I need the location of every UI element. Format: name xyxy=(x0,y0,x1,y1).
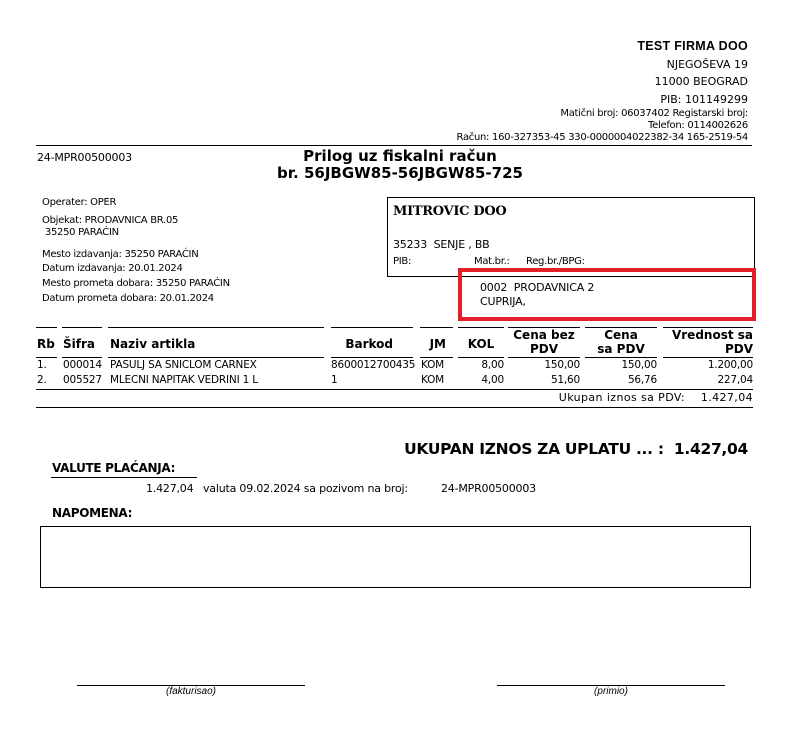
mesto-izdavanja: Mesto izdavanja: 35250 PARAĆIN xyxy=(42,249,198,260)
cell-jm: KOM xyxy=(421,359,451,371)
th-vrednost: Vrednost sa PDV xyxy=(663,328,753,356)
objekat: Objekat: PRODAVNICA BR.05 xyxy=(42,215,178,226)
napomena-box xyxy=(40,526,751,588)
th-line-barkod xyxy=(331,327,413,328)
th-cena-sa: Cena sa PDV xyxy=(585,328,657,356)
cell-naziv: PASULJ SA SNICLOM CARNEX xyxy=(110,359,325,371)
th-bottom-naziv xyxy=(108,357,324,358)
subtotal-label: Ukupan iznos sa PDV: xyxy=(500,391,685,404)
valute-text: valuta 09.02.2024 sa pozivom na broj: xyxy=(203,482,408,495)
table-total-line xyxy=(36,407,753,408)
th-cena-sa-line2: sa PDV xyxy=(585,342,657,356)
customer-matbr-label: Mat.br.: xyxy=(474,256,510,267)
customer-address: 35233 SENJE , BB xyxy=(393,238,490,251)
cell-jm: KOM xyxy=(421,374,451,386)
valute-underline xyxy=(51,477,197,478)
th-bottom-sifra xyxy=(62,357,102,358)
th-kol: KOL xyxy=(458,337,504,351)
company-telefon: Telefon: 0114002626 xyxy=(457,120,748,132)
th-line-rb xyxy=(36,327,57,328)
company-header: TEST FIRMA DOO NJEGOŠEVA 19 11000 BEOGRA… xyxy=(457,38,748,144)
title-line-2: br. 56JBGW85-56JBGW85-725 xyxy=(230,165,570,182)
cell-vrednost: 227,04 xyxy=(663,374,753,386)
th-cena-sa-line1: Cena xyxy=(585,328,657,342)
subtotal-value: 1.427,04 xyxy=(690,391,753,404)
th-naziv: Naziv artikla xyxy=(110,337,195,351)
th-cena-bez-line1: Cena bez xyxy=(508,328,580,342)
signature-label-left: (fakturisao) xyxy=(77,686,305,697)
company-maticni-registarski: Matični broj: 06037402 Registarski broj: xyxy=(457,108,748,120)
cell-cena-bez: 150,00 xyxy=(508,359,580,371)
cell-kol: 8,00 xyxy=(458,359,504,371)
delivery-line-2: CUPRIJA, xyxy=(480,295,526,308)
cell-cena-sa: 150,00 xyxy=(585,359,657,371)
th-vrednost-line2: PDV xyxy=(663,342,753,356)
valute-ref: 24-MPR00500003 xyxy=(441,482,536,495)
customer-name: MITROVIC DOO xyxy=(393,204,506,219)
th-line-naziv xyxy=(108,327,324,328)
cell-sifra: 005527 xyxy=(63,374,105,386)
th-vrednost-line1: Vrednost sa xyxy=(663,328,753,342)
cell-sifra: 000014 xyxy=(63,359,105,371)
cell-rb: 2. xyxy=(37,374,57,386)
company-racun: Račun: 160-327353-45 330-0000004022382-3… xyxy=(457,132,748,144)
th-bottom-kol xyxy=(458,357,504,358)
th-line-sifra xyxy=(62,327,102,328)
operater: Operater: OPER xyxy=(42,197,116,208)
cell-naziv: MLECNI NAPITAK VEDRINI 1 L xyxy=(110,374,325,386)
th-line-jm xyxy=(420,327,453,328)
valute-amount: 1.427,04 xyxy=(146,482,193,495)
document-number: 24-MPR00500003 xyxy=(37,151,132,164)
company-city: 11000 BEOGRAD xyxy=(457,73,748,91)
th-bottom-vrednost xyxy=(663,357,753,358)
cell-barkod: 1 xyxy=(331,374,413,386)
company-pib: PIB: 101149299 xyxy=(457,91,748,109)
datum-izdavanja: Datum izdavanja: 20.01.2024 xyxy=(42,263,183,274)
napomena-label: NAPOMENA: xyxy=(52,506,132,520)
mesto-prometa: Mesto prometa dobara: 35250 PARAĆIN xyxy=(42,278,230,289)
header-divider xyxy=(36,145,752,146)
objekat-city: 35250 PARAĆIN xyxy=(42,227,119,238)
customer-pib-label: PIB: xyxy=(393,256,411,267)
cell-rb: 1. xyxy=(37,359,57,371)
valute-label: VALUTE PLAĆANJA: xyxy=(52,461,175,475)
signature-label-right: (primio) xyxy=(497,686,725,697)
document-title: Prilog uz fiskalni račun br. 56JBGW85-56… xyxy=(230,148,570,182)
datum-prometa: Datum prometa dobara: 20.01.2024 xyxy=(42,293,214,304)
company-name: TEST FIRMA DOO xyxy=(457,38,748,56)
company-address: NJEGOŠEVA 19 xyxy=(457,56,748,74)
cell-kol: 4,00 xyxy=(458,374,504,386)
title-line-1: Prilog uz fiskalni račun xyxy=(230,148,570,165)
th-bottom-cena-sa xyxy=(585,357,657,358)
th-barkod: Barkod xyxy=(331,337,393,351)
customer-regbr-label: Reg.br./BPG: xyxy=(526,256,585,267)
cell-cena-sa: 56,76 xyxy=(585,374,657,386)
th-cena-bez: Cena bez PDV xyxy=(508,328,580,356)
delivery-line-1: 0002 PRODAVNICA 2 xyxy=(480,281,594,294)
cell-vrednost: 1.200,00 xyxy=(663,359,753,371)
grand-total: UKUPAN IZNOS ZA UPLATU ... : 1.427,04 xyxy=(300,440,748,458)
th-line-kol xyxy=(458,327,504,328)
th-bottom-jm xyxy=(420,357,453,358)
th-cena-bez-line2: PDV xyxy=(508,342,580,356)
th-sifra: Šifra xyxy=(63,337,95,351)
th-jm: JM xyxy=(420,337,446,351)
th-bottom-rb xyxy=(36,357,57,358)
th-bottom-barkod xyxy=(331,357,413,358)
table-rows-end-line xyxy=(36,389,753,390)
cell-cena-bez: 51,60 xyxy=(508,374,580,386)
th-rb: Rb xyxy=(37,337,55,351)
cell-barkod: 8600012700435 xyxy=(331,359,413,371)
th-bottom-cena-bez xyxy=(508,357,580,358)
